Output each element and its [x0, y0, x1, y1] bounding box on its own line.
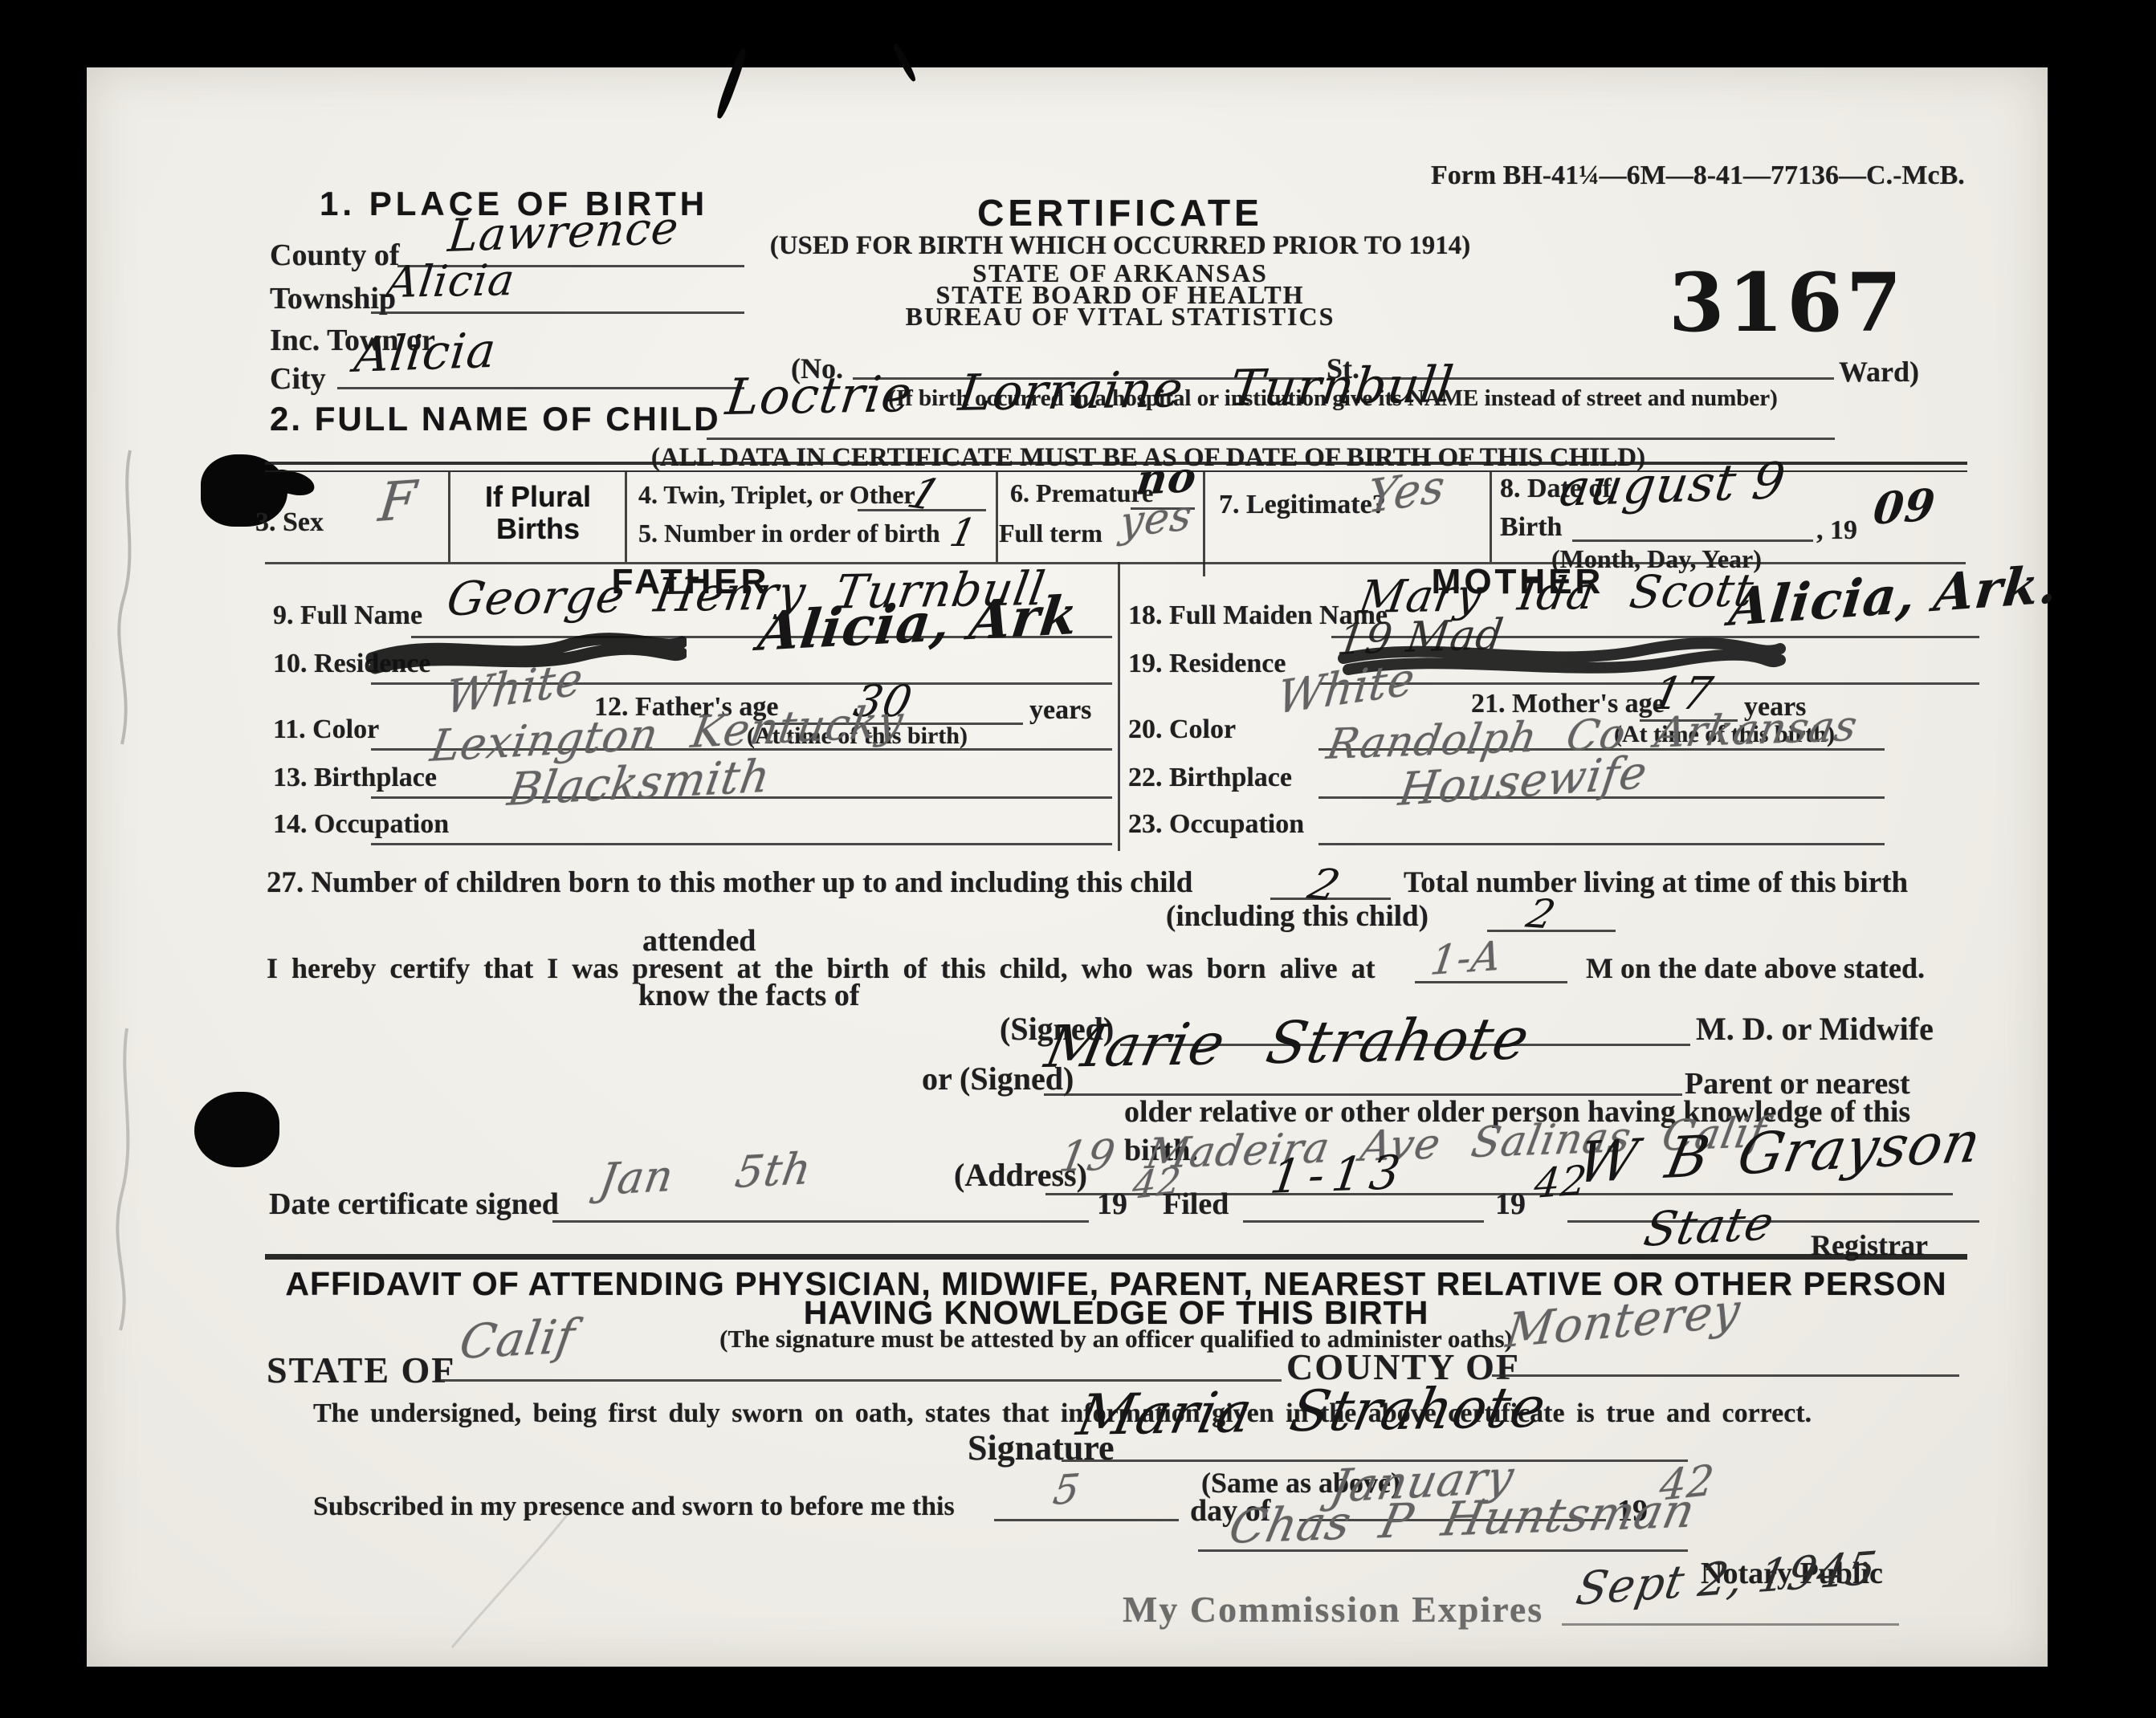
- filed-year-prefix: 19: [1495, 1187, 1526, 1222]
- city-label: City: [270, 361, 326, 397]
- date-signed-line: [552, 1220, 1089, 1223]
- state-of-value: Calif: [456, 1309, 579, 1370]
- children-living-label: Total number living at time of this birt…: [1404, 865, 1908, 900]
- township-line: [371, 311, 744, 314]
- punch-hole-bottom: [194, 1092, 279, 1167]
- table-divider-2: [625, 472, 627, 562]
- form-number-line: Form BH-41¼—6M—8-41—77136—C.-McB.: [1431, 161, 1965, 191]
- certificate-subtitle: (USED FOR BIRTH WHICH OCCURRED PRIOR TO …: [751, 231, 1490, 261]
- township-value: Alicia: [384, 254, 518, 307]
- birth-date-value: august 9: [1556, 451, 1790, 518]
- legitimate-label: 7. Legitimate?: [1219, 490, 1386, 520]
- state-of-label: STATE OF: [267, 1349, 455, 1391]
- affidavit-divider: [265, 1254, 1967, 1260]
- child-name-line: [707, 438, 1835, 440]
- date-signed-label: Date certificate signed: [269, 1187, 559, 1222]
- mother-residence-label: 19. Residence: [1128, 649, 1286, 679]
- filed-line: [1243, 1220, 1484, 1223]
- city-line: [337, 387, 744, 389]
- commission-line: [1562, 1623, 1899, 1626]
- birth-label: Birth: [1500, 512, 1562, 543]
- county-of-line: [1492, 1374, 1959, 1377]
- county-label: County of: [270, 238, 400, 273]
- table-divider-4: [1203, 472, 1205, 576]
- pencil-stray-mark: [446, 1501, 582, 1654]
- mother-color-label: 20. Color: [1128, 714, 1236, 745]
- know-facts-word: know the facts of: [638, 978, 859, 1013]
- birth-date-line: [1572, 539, 1813, 542]
- plural-births-label-1: If Plural: [454, 480, 622, 514]
- table-divider-1: [448, 472, 450, 562]
- date-signed-year-prefix: 19: [1097, 1187, 1127, 1222]
- subscribed-day-line: [994, 1519, 1179, 1521]
- certificate-title: CERTIFICATE: [799, 191, 1441, 234]
- sworn-statement: The undersigned, being first duly sworn …: [313, 1398, 1812, 1429]
- father-occupation-line: [371, 843, 1112, 845]
- order-label: 5. Number in order of birth: [638, 519, 940, 548]
- certificate-number: 3167: [1669, 255, 1905, 350]
- scanned-birth-certificate: Form BH-41¼—6M—8-41—77136—C.-McB. 3167 1…: [0, 0, 2156, 1718]
- parent-column-divider: [1118, 562, 1120, 851]
- children-count-label: 27. Number of children born to this moth…: [267, 865, 1192, 900]
- filed-label: Filed: [1163, 1187, 1229, 1222]
- children-living-line: [1487, 930, 1616, 932]
- birth-year-value: 09: [1871, 478, 1938, 535]
- birth-year-prefix: , 19: [1816, 515, 1857, 546]
- filed-value: 1-13: [1267, 1145, 1412, 1204]
- margin-pencil-scribble-2: [111, 1024, 149, 1337]
- bureau-line: BUREAU OF VITAL STATISTICS: [799, 302, 1441, 332]
- born-at-value: 1-A: [1428, 932, 1505, 984]
- margin-pencil-scribble-1: [111, 446, 149, 751]
- fullterm-value: yes: [1118, 491, 1195, 548]
- child-name-label: 2. FULL NAME OF CHILD: [270, 400, 721, 438]
- subscribed-label: Subscribed in my presence and sworn to b…: [313, 1492, 955, 1522]
- fullterm-label: Full term: [999, 519, 1102, 548]
- father-birthplace-label: 13. Birthplace: [273, 763, 437, 793]
- father-age-units: years: [1029, 695, 1091, 726]
- father-color-label: 11. Color: [273, 714, 379, 745]
- commission-label: My Commission Expires: [1123, 1588, 1543, 1630]
- county-value: Lawrence: [446, 202, 682, 263]
- affidavit-signature: Maria Strahote: [1072, 1374, 1551, 1448]
- mother-occupation-label: 23. Occupation: [1128, 809, 1304, 840]
- children-living-label2: (including this child): [1166, 899, 1429, 934]
- father-occupation-label: 14. Occupation: [273, 809, 449, 840]
- registrar-signature-line2: State: [1640, 1195, 1779, 1257]
- city-value: Alicia: [352, 323, 499, 384]
- table-divider-5: [1490, 472, 1492, 562]
- mother-occupation-line: [1318, 843, 1885, 845]
- mother-birthplace-label: 22. Birthplace: [1128, 763, 1292, 793]
- md-midwife-label: M. D. or Midwife: [1696, 1010, 1934, 1048]
- certify-line-suffix: M on the date above stated.: [1586, 951, 1925, 985]
- table-divider-3: [996, 472, 998, 562]
- plural-births-label-2: Births: [454, 512, 622, 546]
- or-signed-signature: Marie Strahote: [1040, 1004, 1535, 1081]
- ward-label: Ward): [1839, 355, 1919, 389]
- sex-value: F: [376, 469, 420, 534]
- sex-label: 3. Sex: [255, 507, 324, 538]
- twin-label: 4. Twin, Triplet, or Other: [638, 480, 915, 510]
